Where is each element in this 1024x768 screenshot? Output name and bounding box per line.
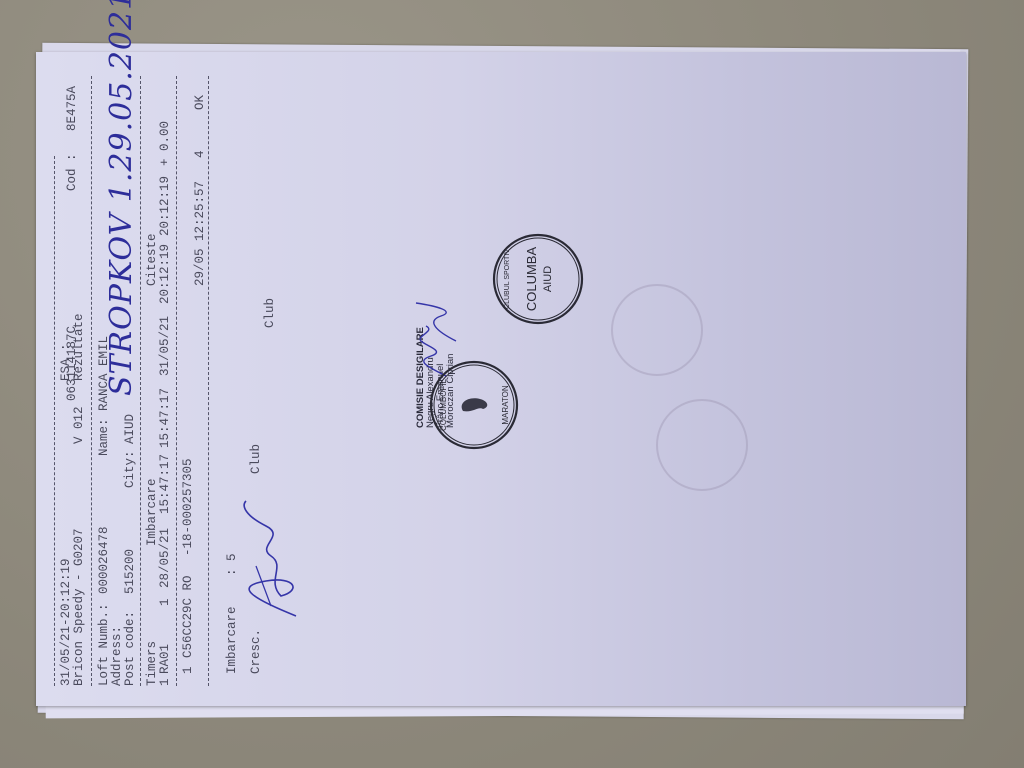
- cresc-label: Cresc.: [250, 629, 263, 674]
- divider: [176, 76, 177, 686]
- citeste-time: 20:12:19: [159, 244, 172, 304]
- ring-status: OK: [194, 95, 207, 110]
- loft-number: 000026478: [98, 526, 111, 594]
- cod-value: 8E475A: [66, 86, 79, 131]
- divider: [54, 156, 55, 686]
- club-columba-stamp: COLUMBA AIUD CLUBUL SPORTIV: [491, 232, 585, 326]
- name-label: Name:: [98, 418, 111, 456]
- handwritten-race-note: STROPKOV 1.29.05.2021: [104, 0, 139, 396]
- citeste-time-2: 20:12:19: [159, 176, 172, 236]
- city: AIUD: [124, 414, 137, 444]
- arrival-position: 4: [194, 150, 207, 158]
- divider: [140, 76, 141, 686]
- divider: [91, 76, 92, 686]
- breeder-signature: [226, 496, 306, 626]
- svg-text:AIUD: AIUD: [542, 266, 554, 292]
- cod-label: Cod :: [66, 153, 79, 191]
- club-maraton-stamp: COLUMBOFIL MARATON: [428, 359, 520, 451]
- divider: [208, 76, 209, 686]
- timer-count: 1: [159, 598, 172, 606]
- ring-code: C56CC29C RO: [182, 575, 195, 658]
- svg-text:COLUMBOFIL: COLUMBOFIL: [439, 378, 448, 431]
- faded-stamp: [656, 399, 748, 491]
- ring-number: -18-000257305: [182, 458, 195, 556]
- imbarcare-time: 15:47:17: [159, 454, 172, 514]
- faded-stamp: [611, 284, 703, 376]
- timer-index: 1: [159, 678, 172, 686]
- imbarcare-date: 28/05/21: [159, 528, 172, 588]
- result-page-content: 31/05/21-20:12:19 ESA : Bricon Speedy - …: [36, 52, 966, 706]
- device-name: Bricon Speedy - G0207: [73, 528, 86, 686]
- club-label-2: Club: [264, 298, 277, 328]
- city-label: City:: [124, 450, 137, 488]
- result-sheet: 31/05/21-20:12:19 ESA : Bricon Speedy - …: [36, 52, 966, 706]
- post-code: 515200: [124, 549, 137, 594]
- svg-text:COLUMBA: COLUMBA: [524, 247, 539, 312]
- club-label-1: Club: [250, 444, 263, 474]
- result-code: 063114187C: [66, 326, 79, 401]
- timer-id: RA01: [159, 644, 172, 674]
- arrival-time: 29/05 12:25:57: [194, 181, 207, 286]
- svg-text:CLUBUL SPORTIV: CLUBUL SPORTIV: [504, 249, 511, 309]
- device-version: V 012: [73, 406, 86, 444]
- time-offset: + 0.00: [159, 121, 172, 166]
- imbarcare-time-2: 15:47:17: [159, 388, 172, 448]
- svg-text:MARATON: MARATON: [501, 385, 510, 424]
- citeste-date: 31/05/21: [159, 316, 172, 376]
- ring-index: 1: [182, 666, 195, 674]
- post-code-label: Post code:: [124, 611, 137, 686]
